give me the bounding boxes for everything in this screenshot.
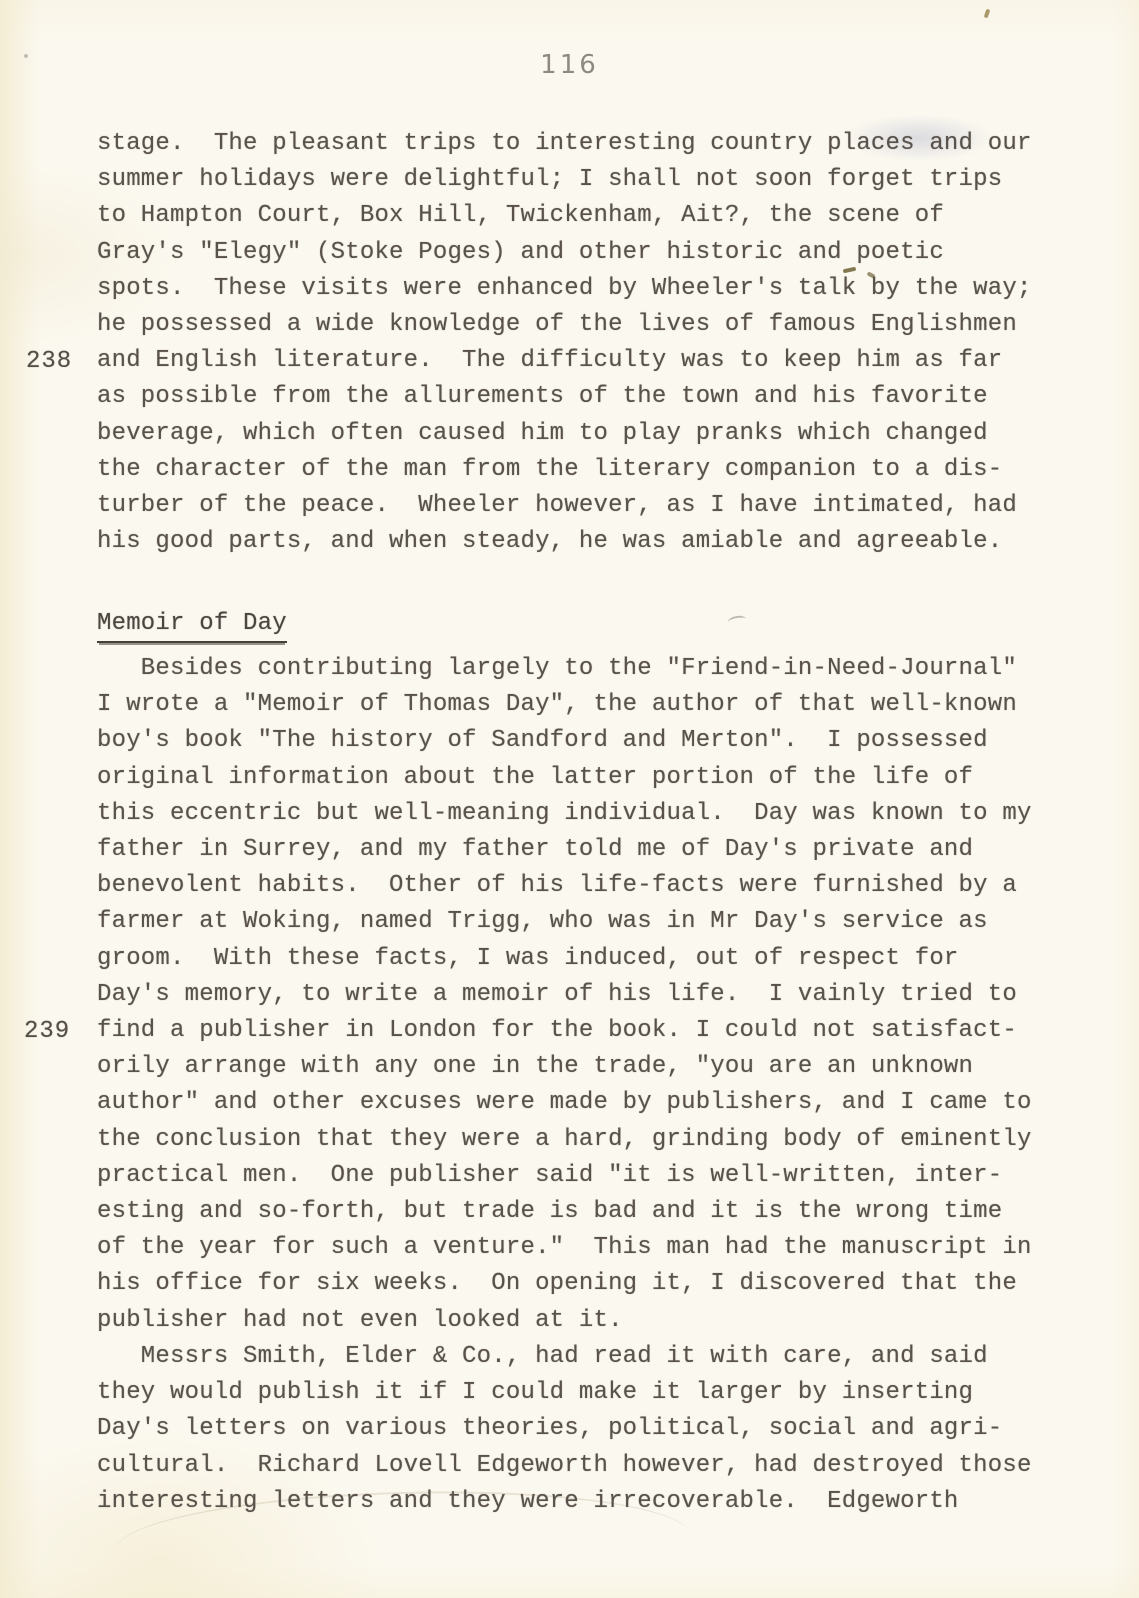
pencil-squiggle	[727, 615, 746, 627]
margin-note-238: 238	[26, 344, 72, 380]
page-number: 116	[0, 50, 1139, 80]
paragraph-wheeler: stage. The pleasant trips to interesting…	[97, 126, 1032, 560]
paper-speck-top-right	[984, 9, 991, 19]
section-heading-memoir-of-day: Memoir of Day	[97, 608, 287, 643]
paragraph-memoir-of-day: Besides contributing largely to the "Fri…	[97, 651, 1032, 1339]
paragraph-smith-elder: Messrs Smith, Elder & Co., had read it w…	[97, 1339, 1032, 1520]
manuscript-page: 116 238 239 stage. The pleasant trips to…	[0, 0, 1139, 1598]
margin-note-239: 239	[24, 1014, 70, 1050]
